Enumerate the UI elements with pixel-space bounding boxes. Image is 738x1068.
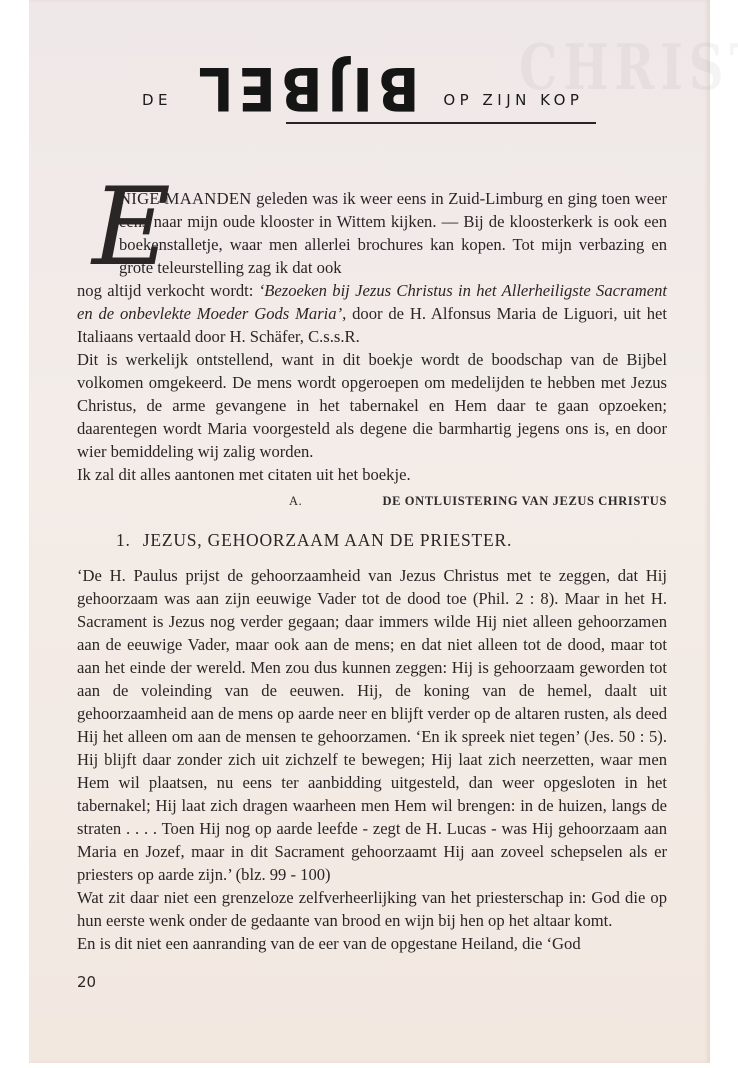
section-heading: A. DE ONTLUISTERING VAN JEZUS CHRISTUS — [289, 494, 667, 509]
intro-text: NIGE MAANDEN geleden was ik weer eens in… — [77, 187, 667, 486]
intro-indented-lines: NIGE MAANDEN geleden was ik weer eens in… — [77, 187, 667, 279]
body-paragraph-2: Wat zit daar niet een grenzeloze zelfver… — [77, 886, 667, 932]
section-letter: A. — [289, 494, 302, 509]
page-title: DE BIJBEL OP ZIJN KOP — [142, 54, 583, 114]
subsection-heading: 1.JEZUS, GEHOORZAAM AAN DE PRIESTER. — [116, 530, 512, 551]
subsection-number: 1. — [116, 530, 131, 550]
title-prefix: DE — [142, 91, 172, 114]
lead-caps: NIGE MAANDEN — [119, 189, 252, 208]
intro-line-1: geleden was ik weer eens in Zuid-Limburg… — [252, 189, 598, 208]
body-paragraph-3: En is dit niet een aanranding van de eer… — [77, 932, 667, 955]
paragraph-2: Dit is werkelijk ontstellend, want in di… — [77, 348, 667, 463]
quote-paragraph: ‘De H. Paulus prijst de gehoorzaamheid v… — [77, 564, 667, 886]
body-text: ‘De H. Paulus prijst de gehoorzaamheid v… — [77, 564, 667, 955]
intro-paragraph: NIGE MAANDEN geleden was ik weer eens in… — [77, 187, 667, 348]
subsection-title: JEZUS, GEHOORZAAM AAN DE PRIESTER. — [143, 530, 512, 550]
intro-line-5: nog altijd verkocht wordt: — [77, 281, 259, 300]
intro-continuation: nog altijd verkocht wordt: ‘Bezoeken bij… — [77, 279, 667, 348]
paragraph-3: Ik zal dit alles aantonen met citaten ui… — [77, 463, 667, 486]
title-suffix: OP ZIJN KOP — [443, 91, 583, 114]
title-main-upside-down: BIJBEL — [194, 62, 420, 114]
title-underline — [286, 122, 596, 124]
section-title: DE ONTLUISTERING VAN JEZUS CHRISTUS — [382, 494, 667, 509]
page-number: 20 — [77, 973, 96, 991]
